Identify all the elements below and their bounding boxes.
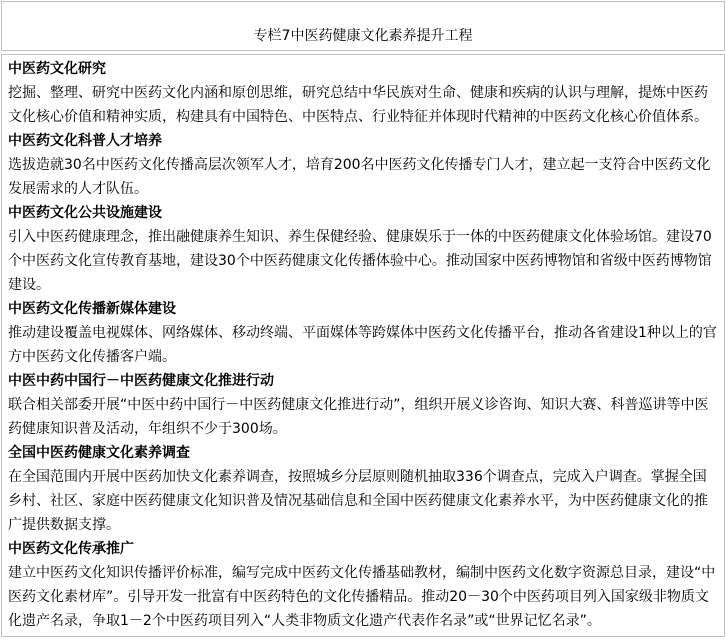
box-content: 中医药文化研究 挖掘、整理、研究中医药文化内涵和原创思维，研究总结中华民族对生命…	[1, 54, 725, 637]
feature-box: 专栏7中医药健康文化素养提升工程 中医药文化研究 挖掘、整理、研究中医药文化内涵…	[1, 1, 725, 637]
section-heading: 全国中医药健康文化素养调查	[8, 441, 718, 465]
section-paragraph: 引入中医药健康理念，推出融健康养生知识、养生保健经验、健康娱乐于一体的中医药健康…	[8, 225, 718, 297]
section-heading: 中医药文化公共设施建设	[8, 201, 718, 225]
section-paragraph: 挖掘、整理、研究中医药文化内涵和原创思维，研究总结中华民族对生命、健康和疾病的认…	[8, 81, 718, 129]
section-heading: 中医药文化传播新媒体建设	[8, 297, 718, 321]
section-heading: 中医药文化科普人才培养	[8, 129, 718, 153]
section-paragraph: 建立中医药文化知识传播评价标准，编写完成中医药文化传播基础教材，编制中医药文化数…	[8, 561, 718, 633]
section-paragraph: 联合相关部委开展“中医中药中国行－中医药健康文化推进行动”，组织开展义诊咨询、知…	[8, 393, 718, 441]
section-heading: 中医中药中国行－中医药健康文化推进行动	[8, 369, 718, 393]
section-paragraph: 选拔造就30名中医药文化传播高层次领军人才，培育200名中医药文化传播专门人才，…	[8, 153, 718, 201]
section-paragraph: 推动建设覆盖电视媒体、网络媒体、移动终端、平面媒体等跨媒体中医药文化传播平台，推…	[8, 321, 718, 369]
section-paragraph: 在全国范围内开展中医药加快文化素养调查，按照城乡分层原则随机抽取336个调查点，…	[8, 465, 718, 537]
section-heading: 中医药文化研究	[8, 57, 718, 81]
section-heading: 中医药文化传承推广	[8, 537, 718, 561]
box-title: 专栏7中医药健康文化素养提升工程	[1, 1, 725, 51]
